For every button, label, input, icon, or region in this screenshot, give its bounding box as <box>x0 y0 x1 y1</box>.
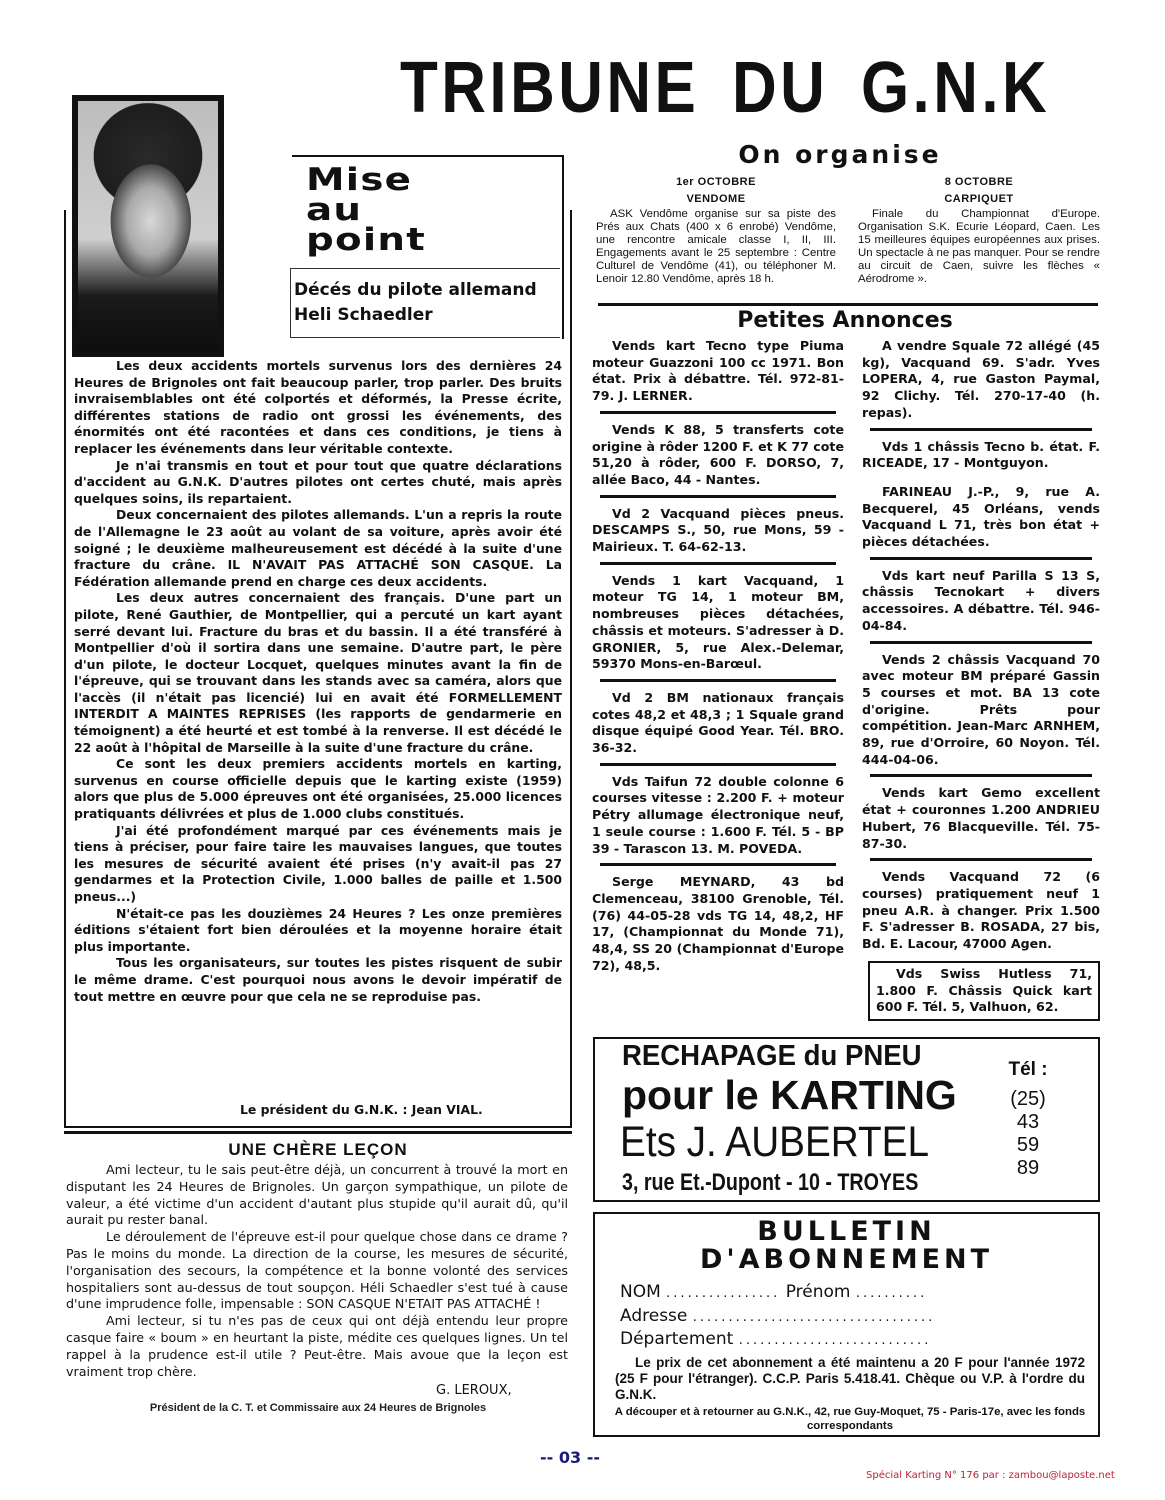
paragraph: Les deux accidents mortels survenus lors… <box>74 358 562 458</box>
page-number: -- 03 -- <box>540 1448 600 1467</box>
classified-ad: Vends Vacquand 72 (6 courses) pratiqueme… <box>862 869 1100 953</box>
form-row-adresse[interactable]: Adresse ................................… <box>620 1306 1090 1326</box>
lecon-signature-title: Président de la C. T. et Commissaire aux… <box>64 1402 572 1414</box>
article-subtitle: Décés du pilote allemand Heli Schaedler <box>294 278 564 328</box>
lecon-signature: G. LEROUX, <box>436 1383 512 1398</box>
paragraph: Ami lecteur, si tu n'es pas de ceux qui … <box>66 1313 568 1380</box>
paragraph: Deux concernaient des pilotes allemands.… <box>74 507 562 590</box>
boxed-classified-ad: Vds Swiss Hutless 71, 1.800 F. Châssis Q… <box>868 961 1100 1021</box>
paragraph: Je n'ai transmis en tout et pour tout qu… <box>74 458 562 508</box>
paragraph: J'ai été profondément marqué par ces évé… <box>74 823 562 906</box>
paragraph: Ami lecteur, tu le sais peut-être déjà, … <box>66 1162 568 1229</box>
classified-ad: Serge MEYNARD, 43 bd Clemenceau, 38100 G… <box>592 874 844 974</box>
classified-ad: Vds Taifun 72 double colonne 6 courses v… <box>592 774 844 858</box>
annonces-right-column: A vendre Squale 72 allégé (45 kg), Vacqu… <box>862 338 1100 1021</box>
event-vendome: 1er OCTOBRE VENDOME ASK Vendôme organise… <box>596 174 836 286</box>
bulletin-price-text: Le prix de cet abonnement a été maintenu… <box>615 1355 1085 1403</box>
paragraph: Tous les organisateurs, sur toutes les p… <box>74 955 562 1005</box>
classified-ad: Vends kart Gemo excellent état + couronn… <box>862 785 1100 852</box>
event-carpiquet: 8 OCTOBRE CARPIQUET Finale du Championna… <box>858 174 1100 286</box>
classified-ad: Vds 1 châssis Tecno b. état. F. RICEADE,… <box>862 439 1100 472</box>
aubertel-line1: RECHAPAGE du PNEU <box>622 1040 922 1073</box>
aubertel-phone: Tél : (25) 43 59 89 <box>998 1058 1058 1180</box>
departement-label: Département <box>620 1329 733 1349</box>
bulletin-return-text: A découper et à retourner au G.N.K., 42,… <box>605 1405 1095 1433</box>
lecon-title: UNE CHÈRE LEÇON <box>64 1140 572 1160</box>
paragraph: Ce sont les deux premiers accidents mort… <box>74 756 562 822</box>
form-row-departement[interactable]: Département ........................... <box>620 1329 1090 1349</box>
classified-ad: A vendre Squale 72 allégé (45 kg), Vacqu… <box>862 338 1100 422</box>
aubertel-line3: Ets J. AUBERTEL <box>620 1118 929 1167</box>
prenom-label: Prénom <box>786 1282 851 1302</box>
form-row-nom[interactable]: NOM ................ Prénom .......... <box>620 1282 1090 1302</box>
article-body: Les deux accidents mortels survenus lors… <box>74 358 562 1005</box>
paragraph: Les deux autres concernaient des françai… <box>74 590 562 756</box>
bulletin-title: BULLETIN D'ABONNEMENT <box>593 1218 1100 1274</box>
aubertel-line2: pour le KARTING <box>622 1072 957 1119</box>
annonces-title: Petites Annonces <box>590 308 1100 333</box>
classified-ad: Vends 2 châssis Vacquand 70 avec moteur … <box>862 652 1100 769</box>
adresse-label: Adresse <box>620 1306 687 1326</box>
divider <box>598 303 1098 306</box>
aubertel-address: 3, rue Et.-Dupont - 10 - TROYES <box>622 1169 918 1197</box>
classified-ad: Vds kart neuf Parilla S 13 S, châssis Te… <box>862 568 1100 635</box>
article-heading: Mise au point <box>306 165 402 255</box>
classified-ad: Vd 2 Vacquand pièces pneus. DESCAMPS S.,… <box>592 506 844 556</box>
scan-credit: Spécial Karting N° 176 par : zambou@lapo… <box>866 1470 1115 1481</box>
paragraph: Le déroulement de l'épreuve est-il pour … <box>66 1229 568 1313</box>
divider <box>64 1131 572 1134</box>
organise-title: On organise <box>590 140 1090 169</box>
classified-ad: Vd 2 BM nationaux français cotes 48,2 et… <box>592 690 844 757</box>
lecon-body: Ami lecteur, tu le sais peut-être déjà, … <box>66 1162 568 1380</box>
portrait-photo <box>72 95 224 357</box>
annonces-left-column: Vends kart Tecno type Piuma moteur Guazz… <box>592 338 844 975</box>
classified-ad: Vends K 88, 5 transferts cote origine à … <box>592 422 844 489</box>
page-title: TRIBUNE DU G.N.K <box>400 48 968 128</box>
classified-ad: FARINEAU J.-P., 9, rue A. Becquerel, 45 … <box>862 484 1100 551</box>
classified-ad: Vends 1 kart Vacquand, 1 moteur TG 14, 1… <box>592 573 844 673</box>
paragraph: N'était-ce pas les douzièmes 24 Heures ?… <box>74 906 562 956</box>
classified-ad: Vends kart Tecno type Piuma moteur Guazz… <box>592 338 844 405</box>
article-signature: Le président du G.N.K. : Jean VIAL. <box>240 1102 483 1117</box>
nom-label: NOM <box>620 1282 661 1302</box>
